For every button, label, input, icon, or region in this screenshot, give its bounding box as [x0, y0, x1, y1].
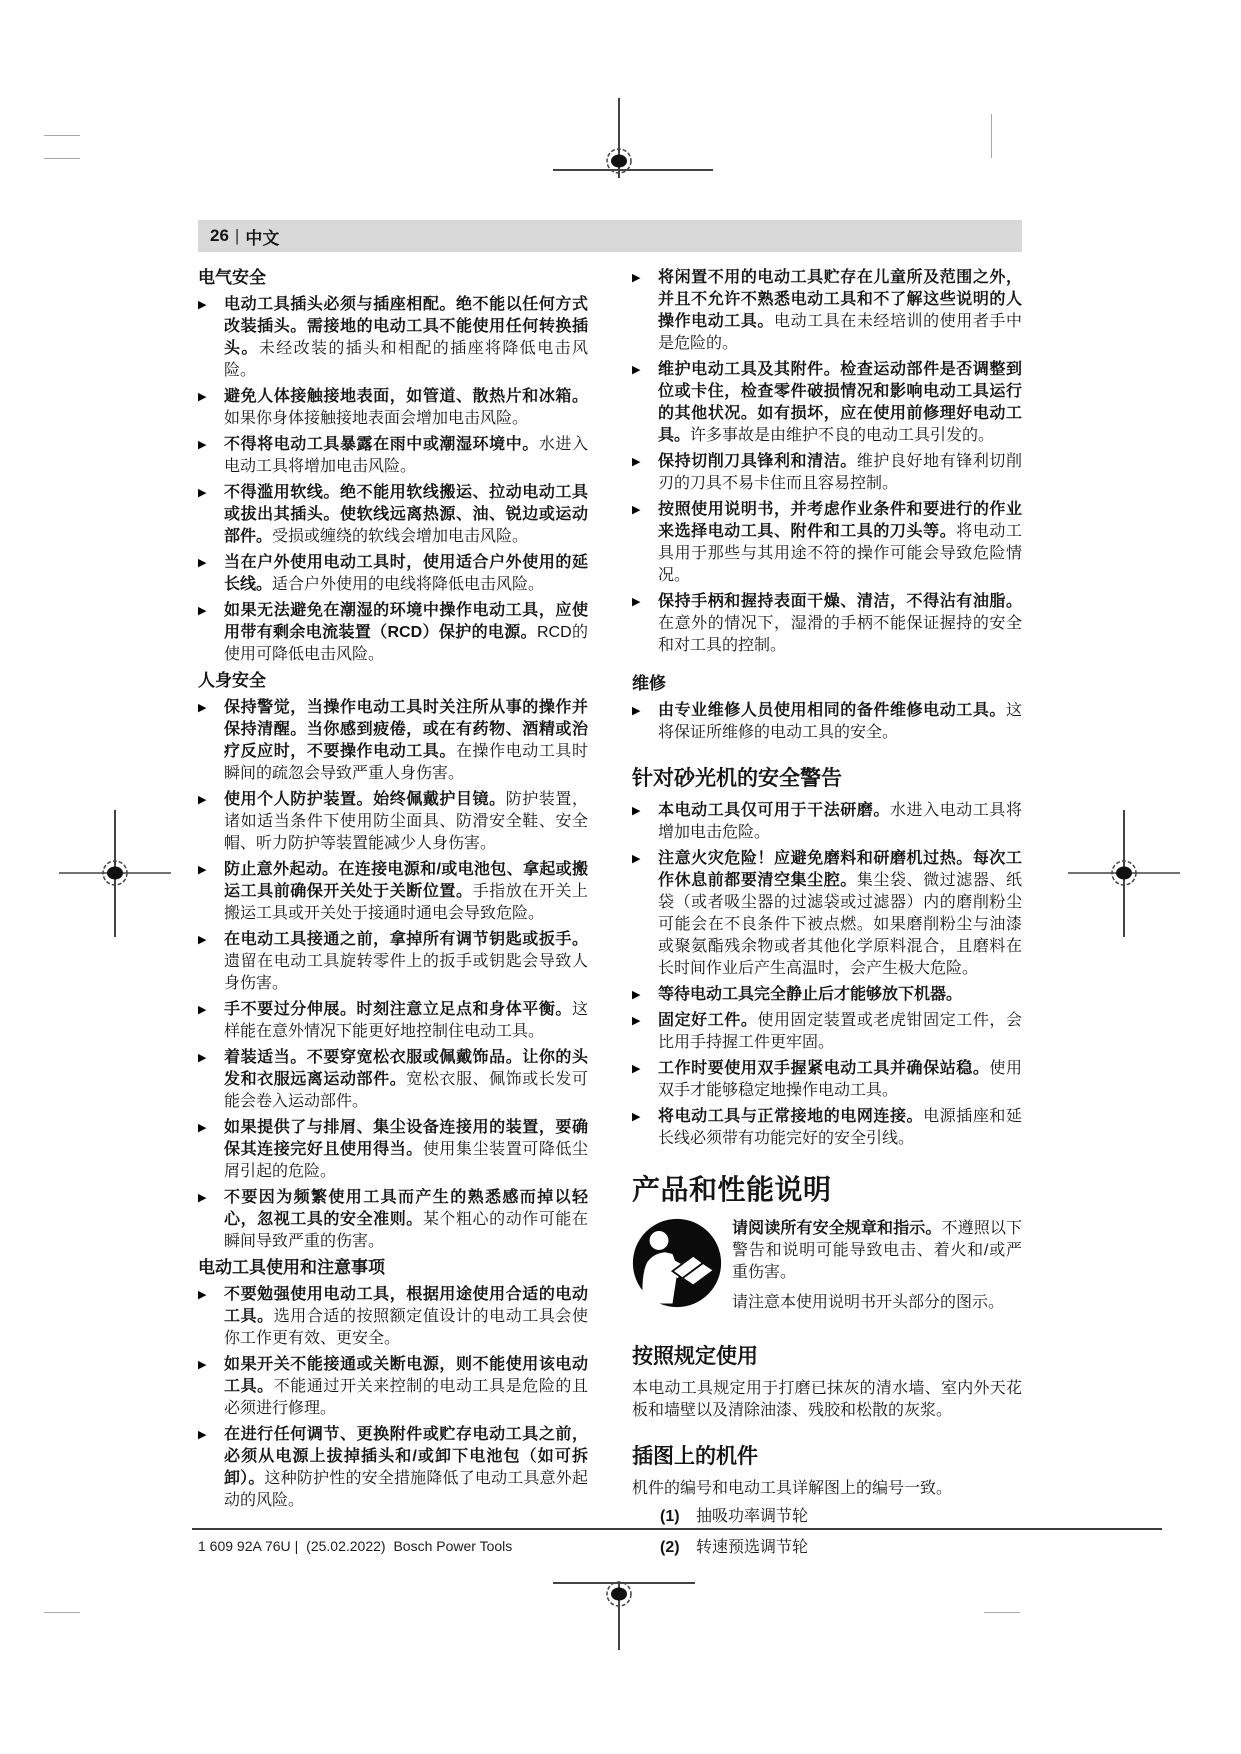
bullet-arrow-icon: ▶ — [632, 848, 658, 980]
section-heading-intended-use: 按照规定使用 — [632, 1344, 1022, 1369]
bullet-arrow-icon: ▶ — [198, 697, 224, 785]
left-column: 电气安全 ▶电动工具插头必须与插座相配。绝不能以任何方式改装插头。需接地的电动工… — [198, 267, 588, 1568]
bullet-list-sander-warnings: ▶本电动工具仅可用于干法研磨。水进入电动工具将增加电击危险。▶注意火灾危险！应避… — [632, 800, 1022, 1150]
bullet-arrow-icon: ▶ — [632, 1106, 658, 1150]
page-footer: 1 609 92A 76U| (25.02.2022) Bosch Power … — [198, 1538, 516, 1554]
header-language: 中文 — [245, 224, 279, 249]
section-heading-personal-safety: 人身安全 — [198, 670, 588, 692]
manual-page: 26 | 中文 电气安全 ▶电动工具插头必须与插座相配。绝不能以任何方式改装插头… — [0, 0, 1241, 1754]
bullet-text: 在电动工具接通之前，拿掉所有调节钥匙或扳手。遗留在电动工具旋转零件上的扳手或钥匙… — [224, 929, 588, 995]
bullet-text: 防止意外起动。在连接电源和/或电池包、拿起或搬运工具前确保开关处于关断位置。手指… — [224, 859, 588, 925]
section-heading-service: 维修 — [632, 673, 1022, 695]
bullet-arrow-icon: ▶ — [632, 267, 658, 355]
warning-bullet: ▶保持警觉，当操作电动工具时关注所从事的操作并保持清醒。当你感到疲倦，或在有药物… — [198, 697, 588, 785]
bullet-arrow-icon: ▶ — [198, 386, 224, 430]
bullet-text: 保持手柄和握持表面干燥、清洁，不得沾有油脂。在意外的情况下，湿滑的手柄不能保证握… — [658, 591, 1022, 657]
illustrated-components-text: 机件的编号和电动工具详解图上的编号一致。 — [632, 1478, 1022, 1500]
warning-bullet: ▶保持手柄和握持表面干燥、清洁，不得沾有油脂。在意外的情况下，湿滑的手柄不能保证… — [632, 591, 1022, 657]
bullet-arrow-icon: ▶ — [632, 984, 658, 1006]
read-manual-text: 请阅读所有安全规章和指示。不遵照以下警告和说明可能导致电击、着火和/或严重伤害。… — [732, 1218, 1022, 1322]
component-label: 抽吸功率调节轮 — [696, 1506, 808, 1528]
bullet-text: 维护电动工具及其附件。检查运动部件是否调整到位或卡住，检查零件破损情况和影响电动… — [658, 359, 1022, 447]
crop-mark-top-left-b — [44, 158, 80, 159]
bullet-text: 保持警觉，当操作电动工具时关注所从事的操作并保持清醒。当你感到疲倦，或在有药物、… — [224, 697, 588, 785]
page-header: 26 | 中文 — [198, 220, 1022, 252]
bullet-arrow-icon: ▶ — [198, 789, 224, 855]
bullet-text: 等待电动工具完全静止后才能够放下机器。 — [658, 984, 1022, 1006]
bullet-text: 将闲置不用的电动工具贮存在儿童所及范围之外，并且不允许不熟悉电动工具和不了解这些… — [658, 267, 1022, 355]
component-number: (2) — [660, 1537, 696, 1559]
page-number: 26 — [210, 226, 229, 246]
safety-read-warning: 请阅读所有安全规章和指示。不遵照以下警告和说明可能导致电击、着火和/或严重伤害。 — [732, 1218, 1022, 1284]
warning-bullet: ▶不要因为频繁使用工具而产生的熟悉感而掉以轻心，忽视工具的安全准则。某个粗心的动… — [198, 1187, 588, 1253]
section-personal-safety: 人身安全 ▶保持警觉，当操作电动工具时关注所从事的操作并保持清醒。当你感到疲倦，… — [198, 670, 588, 1253]
warning-bullet: ▶将闲置不用的电动工具贮存在儿童所及范围之外，并且不允许不熟悉电动工具和不了解这… — [632, 267, 1022, 355]
bullet-list-service: ▶由专业维修人员使用相同的备件维修电动工具。这将保证所维修的电动工具的安全。 — [632, 700, 1022, 744]
warning-bullet: ▶着装适当。不要穿宽松衣服或佩戴饰品。让你的头发和衣服远离运动部件。宽松衣服、佩… — [198, 1047, 588, 1113]
warning-bullet: ▶避免人体接触接地表面，如管道、散热片和冰箱。如果你身体接触接地表面会增加电击风… — [198, 386, 588, 430]
footer-date: (25.02.2022) — [306, 1538, 385, 1554]
two-column-layout: 电气安全 ▶电动工具插头必须与插座相配。绝不能以任何方式改装插头。需接地的电动工… — [198, 267, 1022, 1568]
bullet-arrow-icon: ▶ — [198, 1117, 224, 1183]
footer-rule — [192, 1528, 1162, 1530]
bullet-text: 如果开关不能接通或关断电源，则不能使用该电动工具。不能通过开关来控制的电动工具是… — [224, 1354, 588, 1420]
warning-bullet: ▶在电动工具接通之前，拿掉所有调节钥匙或扳手。遗留在电动工具旋转零件上的扳手或钥… — [198, 929, 588, 995]
warning-bullet: ▶当在户外使用电动工具时，使用适合户外使用的延长线。适合户外使用的电线将降低电击… — [198, 552, 588, 596]
right-column: ▶将闲置不用的电动工具贮存在儿童所及范围之外，并且不允许不熟悉电动工具和不了解这… — [632, 267, 1022, 1568]
bullet-text: 保持切削刀具锋利和清洁。维护良好地有锋利切削刃的刀具不易卡住而且容易控制。 — [658, 451, 1022, 495]
bullet-text: 本电动工具仅可用于干法研磨。水进入电动工具将增加电击危险。 — [658, 800, 1022, 844]
warning-bullet: ▶保持切削刀具锋利和清洁。维护良好地有锋利切削刃的刀具不易卡住而且容易控制。 — [632, 451, 1022, 495]
bullet-list-personal-safety: ▶保持警觉，当操作电动工具时关注所从事的操作并保持清醒。当你感到疲倦，或在有药物… — [198, 697, 588, 1253]
bullet-text: 避免人体接触接地表面，如管道、散热片和冰箱。如果你身体接触接地表面会增加电击风险… — [224, 386, 588, 430]
section-heading-electrical-safety: 电气安全 — [198, 267, 588, 289]
section-heading-illustrated-components: 插图上的机件 — [632, 1444, 1022, 1469]
bullet-arrow-icon: ▶ — [198, 1284, 224, 1350]
warning-bullet: ▶按照使用说明书，并考虑作业条件和要进行的作业来选择电动工具、附件和工具的刀头等… — [632, 499, 1022, 587]
bullet-text: 由专业维修人员使用相同的备件维修电动工具。这将保证所维修的电动工具的安全。 — [658, 700, 1022, 744]
component-item: (1)抽吸功率调节轮 — [660, 1506, 1022, 1528]
bullet-arrow-icon: ▶ — [198, 434, 224, 478]
registration-mark-left — [55, 805, 175, 940]
warning-bullet: ▶固定好工件。使用固定装置或老虎钳固定工件，会比用手持握工件更牢固。 — [632, 1010, 1022, 1054]
warning-bullet: ▶将电动工具与正常接地的电网连接。电源插座和延长线必须带有功能完好的安全引线。 — [632, 1106, 1022, 1150]
bullet-text: 注意火灾危险！应避免磨料和研磨机过热。每次工作休息前都要清空集尘腔。集尘袋、微过… — [658, 848, 1022, 980]
bullet-text: 如果提供了与排屑、集尘设备连接用的装置，要确保其连接完好且使用得当。使用集尘装置… — [224, 1117, 588, 1183]
warning-bullet: ▶维护电动工具及其附件。检查运动部件是否调整到位或卡住，检查零件破损情况和影响电… — [632, 359, 1022, 447]
bullet-list-tool-use-care: ▶不要勉强使用电动工具，根据用途使用合适的电动工具。选用合适的按照额定值设计的电… — [198, 1284, 588, 1512]
bullet-arrow-icon: ▶ — [198, 859, 224, 925]
section-heading-sander-warnings: 针对砂光机的安全警告 — [632, 766, 1022, 791]
illustrations-note: 请注意本使用说明书开头部分的图示。 — [732, 1292, 1022, 1314]
section-heading-tool-use-care: 电动工具使用和注意事项 — [198, 1257, 588, 1279]
bullet-arrow-icon: ▶ — [198, 600, 224, 666]
component-list: (1)抽吸功率调节轮(2)转速预选调节轮 — [632, 1506, 1022, 1559]
warning-bullet: ▶本电动工具仅可用于干法研磨。水进入电动工具将增加电击危险。 — [632, 800, 1022, 844]
registration-mark-top — [545, 98, 715, 183]
bullet-text: 不得滥用软线。绝不能用软线搬运、拉动电动工具或拔出其插头。使软线远离热源、油、锐… — [224, 482, 588, 548]
crop-mark-bottom-right — [984, 1612, 1020, 1613]
bullet-list-electrical-safety: ▶电动工具插头必须与插座相配。绝不能以任何方式改装插头。需接地的电动工具不能使用… — [198, 294, 588, 666]
warning-bullet: ▶使用个人防护装置。始终佩戴护目镜。防护装置，诸如适当条件下使用防尘面具、防滑安… — [198, 789, 588, 855]
bullet-arrow-icon: ▶ — [632, 451, 658, 495]
bullet-text: 使用个人防护装置。始终佩戴护目镜。防护装置，诸如适当条件下使用防尘面具、防滑安全… — [224, 789, 588, 855]
crop-mark-top-right — [991, 114, 992, 158]
bullet-text: 按照使用说明书，并考虑作业条件和要进行的作业来选择电动工具、附件和工具的刀头等。… — [658, 499, 1022, 587]
bullet-arrow-icon: ▶ — [198, 929, 224, 995]
component-item: (2)转速预选调节轮 — [660, 1537, 1022, 1559]
warning-bullet: ▶电动工具插头必须与插座相配。绝不能以任何方式改装插头。需接地的电动工具不能使用… — [198, 294, 588, 382]
chapter-title-product-description: 产品和性能说明 — [632, 1174, 1022, 1206]
bullet-arrow-icon: ▶ — [198, 999, 224, 1043]
registration-mark-right — [1064, 805, 1184, 940]
bullet-arrow-icon: ▶ — [632, 1058, 658, 1102]
warning-bullet: ▶如果开关不能接通或关断电源，则不能使用该电动工具。不能通过开关来控制的电动工具… — [198, 1354, 588, 1420]
bullet-arrow-icon: ▶ — [198, 552, 224, 596]
footer-separator: | — [295, 1538, 299, 1554]
bullet-arrow-icon: ▶ — [632, 700, 658, 744]
warning-bullet: ▶注意火灾危险！应避免磨料和研磨机过热。每次工作休息前都要清空集尘腔。集尘袋、微… — [632, 848, 1022, 980]
section-tool-use-care: 电动工具使用和注意事项 ▶不要勉强使用电动工具，根据用途使用合适的电动工具。选用… — [198, 1257, 588, 1512]
bullet-text: 将电动工具与正常接地的电网连接。电源插座和延长线必须带有功能完好的安全引线。 — [658, 1106, 1022, 1150]
bullet-arrow-icon: ▶ — [632, 591, 658, 657]
crop-mark-bottom-left — [44, 1612, 80, 1613]
warning-bullet: ▶等待电动工具完全静止后才能够放下机器。 — [632, 984, 1022, 1006]
section-electrical-safety: 电气安全 ▶电动工具插头必须与插座相配。绝不能以任何方式改装插头。需接地的电动工… — [198, 267, 588, 666]
bullet-arrow-icon: ▶ — [198, 1047, 224, 1113]
bullet-text: 不要勉强使用电动工具，根据用途使用合适的电动工具。选用合适的按照额定值设计的电动… — [224, 1284, 588, 1350]
bullet-arrow-icon: ▶ — [198, 1424, 224, 1512]
warning-bullet: ▶如果提供了与排屑、集尘设备连接用的装置，要确保其连接完好且使用得当。使用集尘装… — [198, 1117, 588, 1183]
bullet-text: 在进行任何调节、更换附件或贮存电动工具之前，必须从电源上拔掉插头和/或卸下电池包… — [224, 1424, 588, 1512]
bullet-arrow-icon: ▶ — [632, 800, 658, 844]
warning-bullet: ▶如果无法避免在潮湿的环境中操作电动工具，应使用带有剩余电流装置（RCD）保护的… — [198, 600, 588, 666]
doc-number: 1 609 92A 76U — [198, 1538, 291, 1554]
footer-brand: Bosch Power Tools — [393, 1538, 512, 1554]
header-separator: | — [235, 226, 239, 246]
read-manual-icon — [632, 1218, 722, 1322]
bullet-arrow-icon: ▶ — [632, 359, 658, 447]
warning-bullet: ▶不得滥用软线。绝不能用软线搬运、拉动电动工具或拔出其插头。使软线远离热源、油、… — [198, 482, 588, 548]
warning-bullet: ▶由专业维修人员使用相同的备件维修电动工具。这将保证所维修的电动工具的安全。 — [632, 700, 1022, 744]
bullet-text: 电动工具插头必须与插座相配。绝不能以任何方式改装插头。需接地的电动工具不能使用任… — [224, 294, 588, 382]
crop-mark-top-left-a — [44, 135, 80, 136]
bullet-arrow-icon: ▶ — [198, 1354, 224, 1420]
bullet-list-continued: ▶将闲置不用的电动工具贮存在儿童所及范围之外，并且不允许不熟悉电动工具和不了解这… — [632, 267, 1022, 657]
component-label: 转速预选调节轮 — [696, 1537, 808, 1559]
warning-bullet: ▶在进行任何调节、更换附件或贮存电动工具之前，必须从电源上拔掉插头和/或卸下电池… — [198, 1424, 588, 1512]
bullet-text: 当在户外使用电动工具时，使用适合户外使用的延长线。适合户外使用的电线将降低电击风… — [224, 552, 588, 596]
bullet-text: 手不要过分伸展。时刻注意立足点和身体平衡。这样能在意外情况下能更好地控制住电动工… — [224, 999, 588, 1043]
component-number: (1) — [660, 1506, 696, 1528]
bullet-arrow-icon: ▶ — [632, 1010, 658, 1054]
bullet-text: 固定好工件。使用固定装置或老虎钳固定工件，会比用手持握工件更牢固。 — [658, 1010, 1022, 1054]
warning-bullet: ▶不要勉强使用电动工具，根据用途使用合适的电动工具。选用合适的按照额定值设计的电… — [198, 1284, 588, 1350]
warning-bullet: ▶不得将电动工具暴露在雨中或潮湿环境中。水进入电动工具将增加电击风险。 — [198, 434, 588, 478]
bullet-text: 着装适当。不要穿宽松衣服或佩戴饰品。让你的头发和衣服远离运动部件。宽松衣服、佩饰… — [224, 1047, 588, 1113]
bullet-arrow-icon: ▶ — [198, 1187, 224, 1253]
page-content: 26 | 中文 电气安全 ▶电动工具插头必须与插座相配。绝不能以任何方式改装插头… — [198, 220, 1022, 1568]
bullet-arrow-icon: ▶ — [198, 294, 224, 382]
intended-use-text: 本电动工具规定用于打磨已抹灰的清水墙、室内外天花板和墙壁以及清除油漆、残胶和松散… — [632, 1378, 1022, 1422]
registration-mark-bottom — [545, 1572, 705, 1654]
read-manual-note: 请阅读所有安全规章和指示。不遵照以下警告和说明可能导致电击、着火和/或严重伤害。… — [632, 1218, 1022, 1322]
bullet-text: 如果无法避免在潮湿的环境中操作电动工具，应使用带有剩余电流装置（RCD）保护的电… — [224, 600, 588, 666]
bullet-text: 不得将电动工具暴露在雨中或潮湿环境中。水进入电动工具将增加电击风险。 — [224, 434, 588, 478]
bullet-text: 工作时要使用双手握紧电动工具并确保站稳。使用双手才能够稳定地操作电动工具。 — [658, 1058, 1022, 1102]
bullet-arrow-icon: ▶ — [198, 482, 224, 548]
warning-bullet: ▶防止意外起动。在连接电源和/或电池包、拿起或搬运工具前确保开关处于关断位置。手… — [198, 859, 588, 925]
bullet-text: 不要因为频繁使用工具而产生的熟悉感而掉以轻心，忽视工具的安全准则。某个粗心的动作… — [224, 1187, 588, 1253]
bullet-arrow-icon: ▶ — [632, 499, 658, 587]
warning-bullet: ▶手不要过分伸展。时刻注意立足点和身体平衡。这样能在意外情况下能更好地控制住电动… — [198, 999, 588, 1043]
warning-bullet: ▶工作时要使用双手握紧电动工具并确保站稳。使用双手才能够稳定地操作电动工具。 — [632, 1058, 1022, 1102]
